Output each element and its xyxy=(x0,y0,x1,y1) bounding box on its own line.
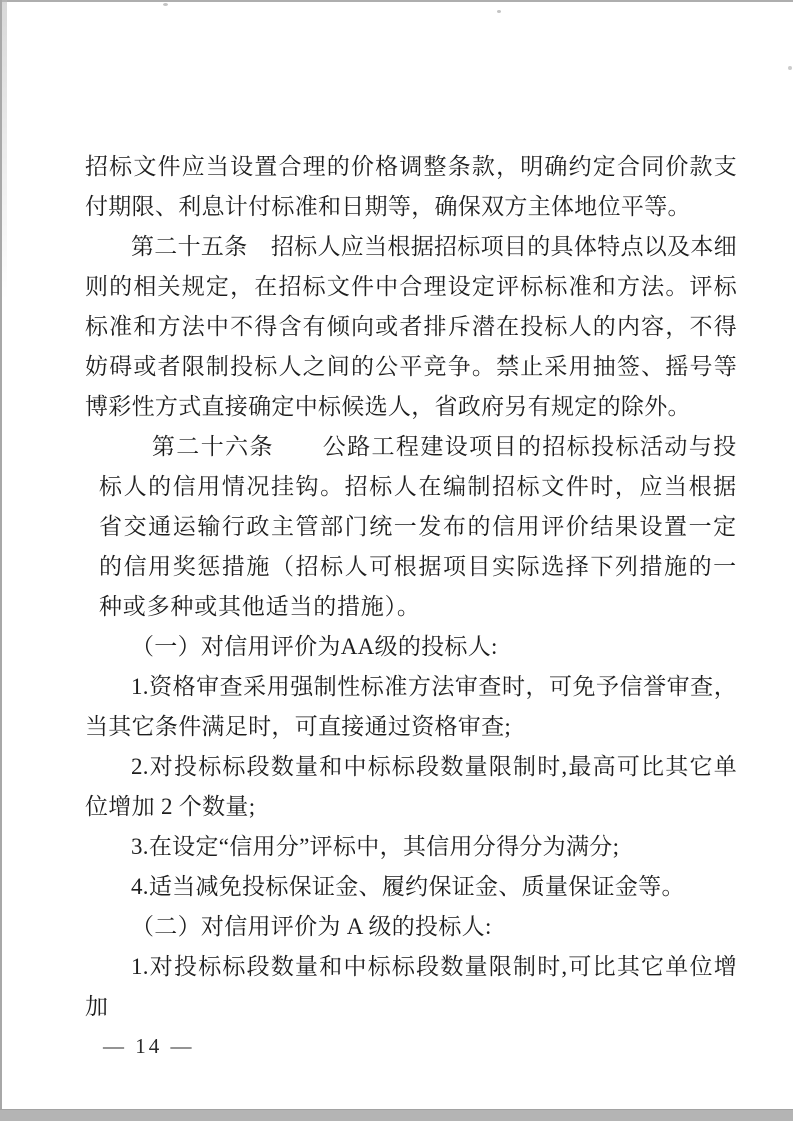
paragraph-article-25: 第二十五条 招标人应当根据招标项目的具体特点以及本细则的相关规定，在招标文件中合… xyxy=(85,227,737,427)
list-item-3: 3.在设定“信用分”评标中，其信用分得分为满分; xyxy=(85,827,737,867)
list-item-2: 2.对投标标段数量和中标标段数量限制时,最高可比其它单位增加 2 个数量; xyxy=(85,747,737,827)
scan-speck xyxy=(788,66,792,70)
scan-edge-bottom xyxy=(0,1109,793,1121)
scan-edge-top xyxy=(0,0,793,2)
scan-speck xyxy=(497,10,501,13)
list-item-two-heading: （二）对信用评价为 A 级的投标人: xyxy=(85,907,737,947)
document-page: 招标文件应当设置合理的价格调整条款，明确约定合同价款支付期限、利息计付标准和日期… xyxy=(0,0,793,1121)
document-body: 招标文件应当设置合理的价格调整条款，明确约定合同价款支付期限、利息计付标准和日期… xyxy=(85,147,737,1027)
paragraph-article-26: 第二十六条 公路工程建设项目的招标投标活动与投标人的信用情况挂钩。招标人在编制招… xyxy=(99,427,737,627)
scan-speck xyxy=(163,3,168,6)
list-item-one-heading: （一）对信用评价为AA级的投标人: xyxy=(85,627,737,667)
list-item-1: 1.资格审查采用强制性标准方法审查时，可免予信誉审查，当其它条件满足时，可直接通… xyxy=(85,667,737,747)
list-item-4: 4.适当减免投标保证金、履约保证金、质量保证金等。 xyxy=(85,867,737,907)
scan-edge-left xyxy=(0,0,2,1121)
list-item-1-section-two: 1.对投标标段数量和中标标段数量限制时,可比其它单位增加 xyxy=(85,947,737,1027)
paragraph-continuation: 招标文件应当设置合理的价格调整条款，明确约定合同价款支付期限、利息计付标准和日期… xyxy=(85,147,737,227)
page-number: — 14 — xyxy=(103,1033,195,1059)
